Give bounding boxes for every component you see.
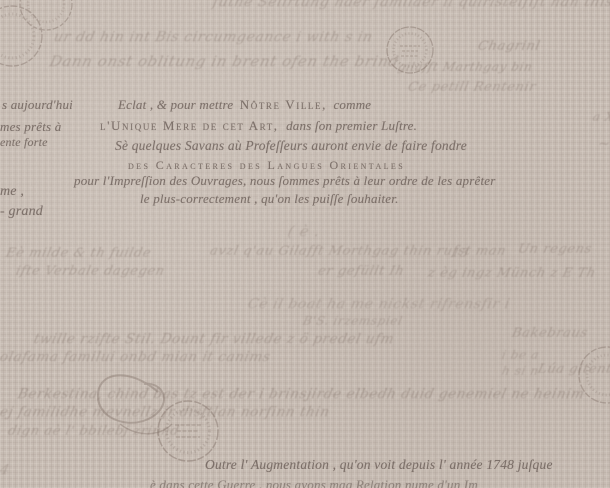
letterpress-line-2-italic: dans ſon premier Luſtre. [286, 118, 417, 133]
letterpress-fragment: mes prêts à [0, 119, 61, 135]
letterpress-line-4: des Caracteres des Langues Orientales [128, 158, 405, 173]
handwriting-line: z èg ingz Münch z E Th [426, 266, 597, 281]
handwriting-fragment: Un regens [516, 242, 593, 257]
letterpress-line-6: le plus-correctement , qu'on les puiſſe … [140, 191, 399, 207]
letterpress-fragment: me , [0, 184, 24, 200]
letterpress-line-2-caps: l'Unique Mere de cet Art, [100, 118, 279, 133]
letterpress-bottom-line-2: è dans cette Guerre , nous avons mag Rel… [150, 477, 478, 488]
handwriting-line: Berkestina, chind bas tz est der i brins… [16, 386, 586, 402]
letterpress-line-1-italic: Eclat , & pour mettre [118, 97, 233, 112]
handwriting-line: Ce petill Rentenir [406, 80, 537, 95]
handwriting-fragment: B'S. irzemspiel [302, 314, 405, 328]
linen-wallpaper-background: futhe Selirtung naer familaer il quirlst… [0, 0, 610, 488]
letterpress-fragment: - grand [0, 204, 43, 220]
handwriting-line: twille rzifte Stil. Dount fir villede z … [32, 331, 396, 347]
letterpress-fragment: ente forte [0, 135, 48, 150]
handwriting-fragment: Lúa gitents [536, 362, 610, 377]
handwriting-fragment: ~ [596, 136, 610, 152]
letterpress-fragment: s aujourd'hui [2, 97, 73, 113]
letterpress-line-1: Eclat , & pour mettre Nôtre Ville, comme [118, 97, 371, 113]
letterpress-line-5: pour l'Impreſſion des Ouvrages, nous ſom… [74, 173, 496, 189]
letterpress-line-1-caps: Nôtre Ville, [240, 97, 327, 112]
handwriting-line: Eè milde & th fuilde [4, 246, 152, 261]
letterpress-line-2: l'Unique Mere de cet Art, dans ſon premi… [100, 118, 417, 134]
letterpress-line-3: Sè quelques Savans aù Profeſſeurs auront… [115, 138, 467, 154]
handwriting-line: ej familidhe mevnellz jr disftlan norfin… [0, 404, 331, 420]
handwriting-line: Chagrinl [476, 39, 541, 54]
handwriting-fragment: 13 [451, 246, 470, 260]
handwriting-fragment: a X [592, 110, 610, 124]
handwriting-line: ifte Verbale dagegen [14, 264, 166, 279]
handwriting-fragment: Bakebraus [510, 326, 589, 341]
handwriting-line: dign aè l' bbilebj zrinnd [6, 424, 180, 439]
handwriting-line: olafama familui onbd mian it canims [0, 349, 272, 365]
handwriting-fragment: er gefüllt Ih [316, 264, 405, 279]
handwriting-fragment: ( è . [286, 222, 322, 240]
letterpress-bottom-line-1: Outre l' Augmentation , qu'on voit depui… [205, 457, 553, 473]
handwriting-line: Cè il boat ha me nickst rifrensfir i [246, 296, 511, 312]
handwriting-line: gilafft Marthgay bin [397, 60, 534, 74]
handwriting-line: Dann onst oblitung in brent ofen the bri… [48, 52, 401, 70]
handwriting-fragment: i be a [501, 348, 541, 362]
handwriting-fragment: h si n [501, 364, 541, 378]
letterpress-line-1-end: comme [333, 97, 371, 112]
handwriting-line: ur dd hin int Bis circumgeance i with s … [52, 29, 374, 45]
handwriting-line: futhe Selirtung naer familaer il quirlst… [211, 0, 610, 10]
handwriting-fragment: 4 [0, 462, 11, 478]
